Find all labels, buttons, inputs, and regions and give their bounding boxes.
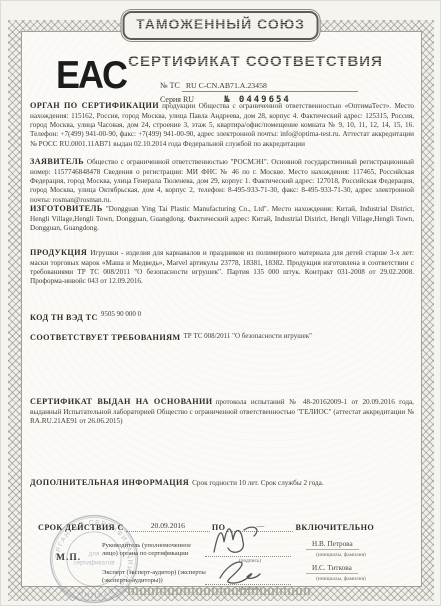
certificate-document: ТАМОЖЕННЫЙ СОЮЗ EAC СЕРТИФИКАТ СООТВЕТСТ…: [0, 0, 441, 606]
section-tnved-code-label: КОД ТН ВЭД ТС: [30, 313, 98, 322]
customs-union-badge-label: ТАМОЖЕННЫЙ СОЮЗ: [136, 16, 305, 32]
validity-inclusive-label: ВКЛЮЧИТЕЛЬНО: [296, 523, 375, 532]
section-basis: СЕРТИФИКАТ ВЫДАН НА ОСНОВАНИИпротокола и…: [30, 397, 414, 426]
certificate-number-label: № ТС: [160, 81, 180, 90]
section-certification-body: ОРГАН ПО СЕРТИФИКАЦИИпродукции Общества …: [30, 101, 414, 149]
validity-from-label: СРОК ДЕЙСТВИЯ С: [38, 523, 124, 532]
head-name: Н.В. Петрова: [306, 540, 359, 550]
certificate-title-text: СЕРТИФИКАТ СООТВЕТСТВИЯ: [128, 53, 383, 70]
section-applicant-label: ЗАЯВИТЕЛЬ: [30, 157, 84, 166]
section-complies: СООТВЕТСТВУЕТ ТРЕБОВАНИЯМТР ТС 008/2011 …: [30, 332, 414, 344]
stamp-center-line1: для: [89, 550, 100, 557]
expert-name-caption: (инициалы, фамилия): [306, 576, 376, 582]
section-certification-body-label: ОРГАН ПО СЕРТИФИКАЦИИ: [30, 101, 159, 110]
section-additional-info-text: Срок годности 10 лет. Срок службы 2 года…: [192, 479, 324, 487]
section-manufacturer-label: ИЗГОТОВИТЕЛЬ: [30, 204, 103, 213]
section-complies-label: СООТВЕТСТВУЕТ ТРЕБОВАНИЯМ: [30, 333, 181, 342]
expert-role-label: Эксперт (эксперт-аудитор) (эксперты (экс…: [102, 569, 210, 585]
section-basis-label: СЕРТИФИКАТ ВЫДАН НА ОСНОВАНИИ: [30, 397, 213, 406]
section-tnved-code-value: 9505 90 000 0: [101, 310, 141, 318]
section-applicant-text: Общество с ограниченной ответственностью…: [30, 158, 414, 204]
expert-signature-image: [214, 556, 274, 586]
expert-name: И.С. Титкова: [306, 564, 358, 574]
section-additional-info: ДОПОЛНИТЕЛЬНАЯ ИНФОРМАЦИЯСрок годности 1…: [30, 478, 414, 489]
section-applicant: ЗАЯВИТЕЛЬОбщество с ограниченной ответст…: [30, 157, 414, 205]
section-product-label: ПРОДУКЦИЯ: [30, 248, 87, 257]
validity-from-date: 20.09.2016: [126, 521, 210, 532]
section-complies-text: ТР ТС 008/2011 "О безопасности игрушек": [184, 332, 312, 340]
stamp-place-label: М.П.: [56, 553, 81, 563]
head-role-label: Руководитель (уполномоченное лицо) орган…: [102, 542, 202, 558]
section-additional-info-label: ДОПОЛНИТЕЛЬНАЯ ИНФОРМАЦИЯ: [30, 478, 189, 487]
eac-logo: EAC: [56, 56, 126, 95]
footer-microtext: [128, 588, 310, 595]
head-name-caption: (инициалы, фамилия): [306, 552, 376, 558]
certificate-number-value: RU C-CN.АВ71.А.23458: [182, 81, 358, 92]
section-tnved-code: КОД ТН ВЭД ТС9505 90 000 0: [30, 310, 414, 324]
section-product: ПРОДУКЦИЯИгрушки - изделия для карнавало…: [30, 248, 414, 287]
certificate-number-row: № ТС RU C-CN.АВ71.А.23458: [160, 81, 358, 92]
customs-union-badge: ТАМОЖЕННЫЙ СОЮЗ: [122, 11, 319, 40]
head-signature-image: [210, 522, 270, 558]
section-product-text: Игрушки - изделия для карнавалов и празд…: [30, 249, 414, 285]
section-manufacturer: ИЗГОТОВИТЕЛЬ"Dongguan Ying Tai Plastic M…: [30, 204, 414, 233]
certificate-title: СЕРТИФИКАТ СООТВЕТСТВИЯ: [128, 53, 383, 71]
